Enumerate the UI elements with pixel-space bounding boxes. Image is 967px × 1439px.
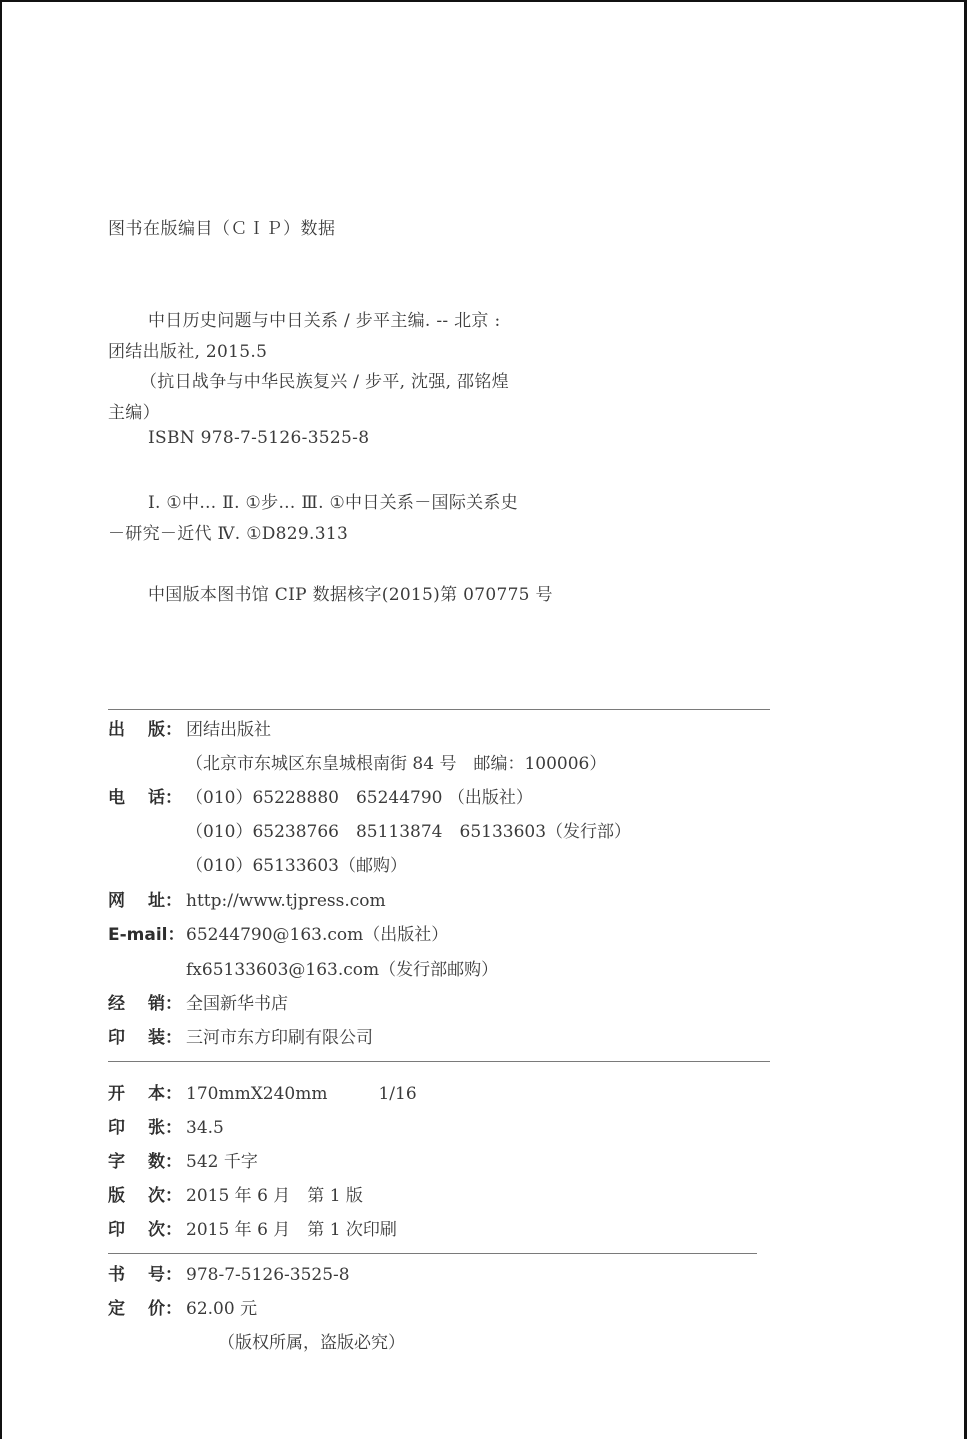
divider-rule-3 (108, 1253, 757, 1254)
email-label: E-mail： (108, 920, 186, 945)
cip-line-series-cont: 主编） (108, 398, 160, 423)
word-count-label: 字数： (108, 1147, 186, 1172)
email-distribution: fx65133603@163.com（发行部邮购） (186, 955, 498, 980)
edition-label: 版次： (108, 1181, 186, 1206)
cip-line-isbn: ISBN 978-7-5126-3525-8 (148, 428, 369, 448)
printer-label: 印装： (108, 1023, 186, 1048)
distributor-label: 经销： (108, 989, 186, 1014)
printer-value: 三河市东方印刷有限公司 (186, 1023, 373, 1048)
divider-rule-1 (108, 709, 770, 710)
format-value: 170mmX240mm 1/16 (186, 1079, 417, 1104)
sheets-value: 34.5 (186, 1118, 224, 1138)
publisher-row: 出版： 团结出版社 (108, 715, 271, 740)
divider-rule-2 (108, 1061, 770, 1062)
price-value: 62.00 元 (186, 1294, 257, 1319)
printing-label: 印次： (108, 1215, 186, 1240)
printer-row: 印装： 三河市东方印刷有限公司 (108, 1023, 373, 1048)
edition-value: 2015 年 6 月 第 1 版 (186, 1181, 363, 1206)
sheets-row: 印张： 34.5 (108, 1113, 224, 1138)
distributor-value: 全国新华书店 (186, 989, 288, 1014)
cip-line-title: 中日历史问题与中日关系 / 步平主编. -- 北京 : (148, 306, 500, 331)
cip-line-classification: Ⅰ. ①中… Ⅱ. ①步… Ⅲ. ①中日关系－国际关系史 (148, 488, 518, 513)
printing-value: 2015 年 6 月 第 1 次印刷 (186, 1215, 397, 1240)
phone-label: 电话： (108, 783, 186, 808)
cip-line-series: （抗日战争与中华民族复兴 / 步平, 沈强, 邵铭煌 (140, 367, 509, 392)
phone-mail-order: （010）65133603（邮购） (186, 851, 407, 876)
sheets-label: 印张： (108, 1113, 186, 1138)
publisher-label: 出版： (108, 715, 186, 740)
copyright-notice: （版权所属，盗版必究） (218, 1328, 405, 1353)
price-label: 定价： (108, 1294, 186, 1319)
email-publisher: 65244790@163.com（出版社） (186, 920, 448, 945)
printing-row: 印次： 2015 年 6 月 第 1 次印刷 (108, 1215, 397, 1240)
cip-line-classification-cont: －研究－近代 Ⅳ. ①D829.313 (108, 519, 348, 544)
format-row: 开本： 170mmX240mm 1/16 (108, 1079, 417, 1104)
phone-row: 电话： （010）65228880 65244790 （出版社） (108, 783, 533, 808)
price-row: 定价： 62.00 元 (108, 1294, 257, 1319)
phone-publisher: （010）65228880 65244790 （出版社） (186, 783, 533, 808)
isbn-value: 978-7-5126-3525-8 (186, 1265, 350, 1285)
isbn-row: 书号： 978-7-5126-3525-8 (108, 1260, 350, 1285)
website-label: 网址： (108, 886, 186, 911)
distributor-row: 经销： 全国新华书店 (108, 989, 288, 1014)
website-row: 网址： http://www.tjpress.com (108, 886, 386, 911)
publisher-value: 团结出版社 (186, 715, 271, 740)
format-label: 开本： (108, 1079, 186, 1104)
word-count-row: 字数： 542 千字 (108, 1147, 258, 1172)
email-row: E-mail： 65244790@163.com（出版社） (108, 920, 448, 945)
edition-row: 版次： 2015 年 6 月 第 1 版 (108, 1181, 363, 1206)
cip-line-publisher: 团结出版社, 2015.5 (108, 337, 267, 362)
cip-line-record-number: 中国版本图书馆 CIP 数据核字(2015)第 070775 号 (148, 580, 553, 605)
website-value: http://www.tjpress.com (186, 891, 386, 911)
publisher-address: （北京市东城区东皇城根南街 84 号 邮编：100006） (186, 749, 606, 774)
cip-title: 图书在版编目（ＣＩＰ）数据 (108, 214, 336, 239)
isbn-label: 书号： (108, 1260, 186, 1285)
phone-distribution: （010）65238766 85113874 65133603（发行部） (186, 817, 631, 842)
word-count-value: 542 千字 (186, 1147, 258, 1172)
